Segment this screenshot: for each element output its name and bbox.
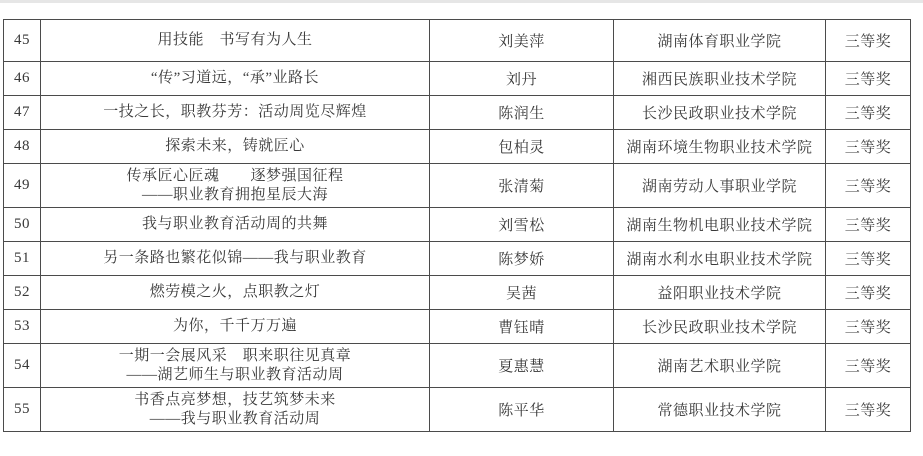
award-cell: 三等奖 <box>826 130 911 164</box>
row-number-cell: 55 <box>4 388 41 432</box>
table-row: 53为你，千千万万遍曹钰晴长沙民政职业技术学院三等奖 <box>4 310 911 344</box>
author-name-cell: 曹钰晴 <box>430 310 614 344</box>
row-number-cell: 54 <box>4 344 41 388</box>
award-cell: 三等奖 <box>826 344 911 388</box>
work-title-cell: 传承匠心匠魂 逐梦强国征程——职业教育拥抱星辰大海 <box>41 164 430 208</box>
author-name-cell: 包柏灵 <box>430 130 614 164</box>
work-title-line: 一技之长，职教芬芳：活动周览尽辉煌 <box>43 103 427 122</box>
author-name-cell: 刘雪松 <box>430 208 614 242</box>
institution-cell: 长沙民政职业技术学院 <box>614 310 826 344</box>
work-title-cell: 我与职业教育活动周的共舞 <box>41 208 430 242</box>
work-title-line: 燃劳模之火，点职教之灯 <box>43 283 427 302</box>
award-cell: 三等奖 <box>826 388 911 432</box>
table-row: 52燃劳模之火，点职教之灯吴茜益阳职业技术学院三等奖 <box>4 276 911 310</box>
institution-cell: 湖南体育职业学院 <box>614 20 826 62</box>
table-row: 48探索未来，铸就匠心包柏灵湖南环境生物职业技术学院三等奖 <box>4 130 911 164</box>
institution-cell: 湖南劳动人事职业学院 <box>614 164 826 208</box>
work-title-cell: 一期一会展风采 职来职往见真章——湖艺师生与职业教育活动周 <box>41 344 430 388</box>
author-name-cell: 陈润生 <box>430 96 614 130</box>
row-number-cell: 52 <box>4 276 41 310</box>
row-number-cell: 45 <box>4 20 41 62</box>
table-row: 55书香点亮梦想，技艺筑梦未来——我与职业教育活动周陈平华常德职业技术学院三等奖 <box>4 388 911 432</box>
award-cell: 三等奖 <box>826 164 911 208</box>
table-row: 46“传”习道远，“承”业路长刘丹湘西民族职业技术学院三等奖 <box>4 62 911 96</box>
award-cell: 三等奖 <box>826 96 911 130</box>
work-title-cell: “传”习道远，“承”业路长 <box>41 62 430 96</box>
table-row: 47一技之长，职教芬芳：活动周览尽辉煌陈润生长沙民政职业技术学院三等奖 <box>4 96 911 130</box>
author-name-cell: 陈梦娇 <box>430 242 614 276</box>
table-row: 45用技能 书写有为人生刘美萍湖南体育职业学院三等奖 <box>4 20 911 62</box>
work-title-line: 探索未来，铸就匠心 <box>43 137 427 156</box>
institution-cell: 长沙民政职业技术学院 <box>614 96 826 130</box>
institution-cell: 湖南艺术职业学院 <box>614 344 826 388</box>
institution-cell: 湖南水利水电职业技术学院 <box>614 242 826 276</box>
work-title-cell: 探索未来，铸就匠心 <box>41 130 430 164</box>
institution-cell: 湘西民族职业技术学院 <box>614 62 826 96</box>
row-number-cell: 47 <box>4 96 41 130</box>
work-title-cell: 为你，千千万万遍 <box>41 310 430 344</box>
table-row: 54一期一会展风采 职来职往见真章——湖艺师生与职业教育活动周夏惠慧湖南艺术职业… <box>4 344 911 388</box>
row-number-cell: 48 <box>4 130 41 164</box>
author-name-cell: 吴茜 <box>430 276 614 310</box>
work-title-line: “传”习道远，“承”业路长 <box>43 69 427 88</box>
work-title-line: 我与职业教育活动周的共舞 <box>43 215 427 234</box>
award-cell: 三等奖 <box>826 310 911 344</box>
table-row: 51另一条路也繁花似锦——我与职业教育陈梦娇湖南水利水电职业技术学院三等奖 <box>4 242 911 276</box>
institution-cell: 益阳职业技术学院 <box>614 276 826 310</box>
award-table-body: 45用技能 书写有为人生刘美萍湖南体育职业学院三等奖46“传”习道远，“承”业路… <box>4 20 911 432</box>
table-row: 49传承匠心匠魂 逐梦强国征程——职业教育拥抱星辰大海张清菊湖南劳动人事职业学院… <box>4 164 911 208</box>
award-table: 45用技能 书写有为人生刘美萍湖南体育职业学院三等奖46“传”习道远，“承”业路… <box>3 19 911 432</box>
work-title-line: ——职业教育拥抱星辰大海 <box>43 186 427 205</box>
award-cell: 三等奖 <box>826 276 911 310</box>
row-number-cell: 51 <box>4 242 41 276</box>
table-row: 50我与职业教育活动周的共舞刘雪松湖南生物机电职业技术学院三等奖 <box>4 208 911 242</box>
award-cell: 三等奖 <box>826 208 911 242</box>
row-number-cell: 50 <box>4 208 41 242</box>
work-title-cell: 燃劳模之火，点职教之灯 <box>41 276 430 310</box>
work-title-cell: 一技之长，职教芬芳：活动周览尽辉煌 <box>41 96 430 130</box>
author-name-cell: 张清菊 <box>430 164 614 208</box>
row-number-cell: 46 <box>4 62 41 96</box>
award-cell: 三等奖 <box>826 62 911 96</box>
work-title-line: 一期一会展风采 职来职往见真章 <box>43 347 427 366</box>
institution-cell: 湖南环境生物职业技术学院 <box>614 130 826 164</box>
author-name-cell: 刘丹 <box>430 62 614 96</box>
author-name-cell: 刘美萍 <box>430 20 614 62</box>
institution-cell: 湖南生物机电职业技术学院 <box>614 208 826 242</box>
work-title-line: 书香点亮梦想，技艺筑梦未来 <box>43 391 427 410</box>
work-title-line: ——湖艺师生与职业教育活动周 <box>43 366 427 385</box>
work-title-cell: 另一条路也繁花似锦——我与职业教育 <box>41 242 430 276</box>
work-title-line: 传承匠心匠魂 逐梦强国征程 <box>43 167 427 186</box>
work-title-line: 用技能 书写有为人生 <box>43 31 427 50</box>
work-title-cell: 用技能 书写有为人生 <box>41 20 430 62</box>
work-title-line: 为你，千千万万遍 <box>43 317 427 336</box>
award-cell: 三等奖 <box>826 20 911 62</box>
author-name-cell: 夏惠慧 <box>430 344 614 388</box>
institution-cell: 常德职业技术学院 <box>614 388 826 432</box>
top-edge-strip <box>0 0 923 3</box>
work-title-line: ——我与职业教育活动周 <box>43 410 427 429</box>
author-name-cell: 陈平华 <box>430 388 614 432</box>
work-title-cell: 书香点亮梦想，技艺筑梦未来——我与职业教育活动周 <box>41 388 430 432</box>
award-cell: 三等奖 <box>826 242 911 276</box>
row-number-cell: 53 <box>4 310 41 344</box>
row-number-cell: 49 <box>4 164 41 208</box>
work-title-line: 另一条路也繁花似锦——我与职业教育 <box>43 249 427 268</box>
